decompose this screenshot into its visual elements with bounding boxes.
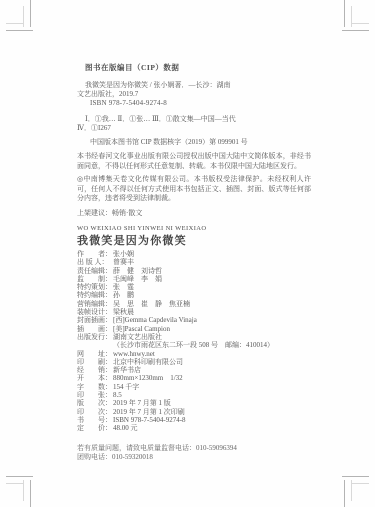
shelving-advice: 上架建议：畅销·散文 xyxy=(77,208,311,218)
colophon-row: 定 价：48.00 元 xyxy=(77,424,311,432)
colophon-value: [美]Pascal Campion xyxy=(113,325,170,333)
cip-entry-line1: 我微笑是因为你微笑 / 张小娴著．—长沙：湖南 xyxy=(77,81,311,90)
colophon-row: 封面插画：[西]Gemma Capdevila Vinaja xyxy=(77,316,311,324)
cip-record-number: 中国版本图书馆 CIP 数据核字（2019）第 099901 号 xyxy=(77,137,311,147)
colophon-row: 印 次：2019 年 7 月第 1 次印刷 xyxy=(77,408,311,416)
cip-isbn: ISBN 978-7-5404-9274-8 xyxy=(77,99,311,107)
cip-header: 图书在版编目（CIP）数据 xyxy=(77,62,311,73)
colophon-value: 2019 年 7 月第 1 版 xyxy=(113,399,171,407)
colophon-row: （长沙市雨花区东二环一段 508 号 邮编：410014） xyxy=(77,341,311,349)
colophon-label: 印 次： xyxy=(77,408,113,416)
colophon-value: （长沙市雨花区东二环一段 508 号 邮编：410014） xyxy=(113,341,274,349)
cip-classification: Ⅰ．①我… Ⅱ．①张… Ⅲ．①散文集—中国—当代 Ⅳ．①I267 xyxy=(77,115,311,133)
page-title: 我微笑是因为你微笑 xyxy=(77,232,311,248)
colophon-label: 书 号： xyxy=(77,416,113,424)
copyright-page: 图书在版编目（CIP）数据 我微笑是因为你微笑 / 张小娴著．—长沙：湖南 文艺… xyxy=(0,0,375,507)
colophon-label: 网 址： xyxy=(77,350,113,358)
colophon-value: 张小娴 xyxy=(113,250,134,258)
cip-entry-line2: 文艺出版社，2019.7 xyxy=(77,90,311,99)
colophon-label: 字 数： xyxy=(77,383,113,391)
colophon-value: 北京中科印刷有限公司 xyxy=(113,358,183,366)
colophon-label: 出版发行： xyxy=(77,333,113,341)
colophon-list: 作 者：张小娴 出 版 人：曾赛丰 责任编辑：薛 健 刘诗哲 监 制：毛闽峰 李… xyxy=(77,250,311,433)
colophon-row: 出 版 人：曾赛丰 xyxy=(77,258,311,266)
colophon-label: 版 次： xyxy=(77,399,113,407)
colophon-row: 特约编辑：孙 鹏 xyxy=(77,291,311,299)
colophon-row: 责任编辑：薛 健 刘诗哲 xyxy=(77,267,311,275)
colophon-row: 开 本：880mm×1230mm 1/32 xyxy=(77,374,311,382)
colophon-row: 印 刷：北京中科印刷有限公司 xyxy=(77,358,311,366)
colophon-label: 开 本： xyxy=(77,374,113,382)
colophon-value: 48.00 元 xyxy=(113,424,138,432)
colophon-value: 毛闽峰 李 娟 xyxy=(113,275,162,283)
colophon-label: 插 画： xyxy=(77,325,113,333)
colophon-value: 张 霆 xyxy=(113,283,134,291)
colophon-row: 插 画：[美]Pascal Campion xyxy=(77,325,311,333)
cip-classification-line2: Ⅳ．①I267 xyxy=(77,124,311,133)
colophon-value: 湖南文艺出版社 xyxy=(113,333,162,341)
colophon-value: www.hnwy.net xyxy=(113,350,155,358)
colophon-label: 印 刷： xyxy=(77,358,113,366)
colophon-label: 责任编辑： xyxy=(77,267,113,275)
colophon-value: 薛 健 刘诗哲 xyxy=(113,267,162,275)
colophon-row: 版 次：2019 年 7 月第 1 版 xyxy=(77,399,311,407)
colophon-row: 监 制：毛闽峰 李 娟 xyxy=(77,275,311,283)
colophon-value: [西]Gemma Capdevila Vinaja xyxy=(113,316,197,324)
colophon-row: 书 号：ISBN 978-7-5404-9274-8 xyxy=(77,416,311,424)
colophon-label: 封面插画： xyxy=(77,316,113,324)
colophon-value: 880mm×1230mm 1/32 xyxy=(113,374,183,382)
license-notice: 本书经春河文化事业出版有限公司授权出版中国大陆中文简体版本，非经书面同意，不得以… xyxy=(77,151,311,171)
colophon-value: 吴 思 崔 静 焦亚楠 xyxy=(113,300,190,308)
group-purchase-hotline: 团购电话：010-59320018 xyxy=(77,452,311,462)
colophon-row: 营销编辑：吴 思 崔 静 焦亚楠 xyxy=(77,300,311,308)
colophon-value: 2019 年 7 月第 1 次印刷 xyxy=(113,408,185,416)
colophon-label: 监 制： xyxy=(77,275,113,283)
cip-entry: 我微笑是因为你微笑 / 张小娴著．—长沙：湖南 文艺出版社，2019.7 xyxy=(77,81,311,99)
copyright-notice: ◎中南博集天卷文化传媒有限公司。本书版权受法律保护。未经权利人许可，任何人不得以… xyxy=(77,175,311,204)
colophon-row: 网 址：www.hnwy.net xyxy=(77,350,311,358)
colophon-value: 154 千字 xyxy=(113,383,139,391)
colophon-value: 新华书店 xyxy=(113,366,141,374)
colophon-label: 特约编辑： xyxy=(77,291,113,299)
colophon-label: 营销编辑： xyxy=(77,300,113,308)
colophon-label: 出 版 人： xyxy=(77,258,113,266)
book-title-pinyin: WO WEIXIAO SHI YINWEI NI WEIXIAO xyxy=(77,225,311,232)
colophon-row: 字 数：154 千字 xyxy=(77,383,311,391)
colophon-label: 定 价： xyxy=(77,424,113,432)
colophon-value: 曾赛丰 xyxy=(113,258,134,266)
colophon-value: 8.5 xyxy=(113,391,122,399)
colophon-value: ISBN 978-7-5404-9274-8 xyxy=(113,416,186,424)
cip-classification-line1: Ⅰ．①我… Ⅱ．①张… Ⅲ．①散文集—中国—当代 xyxy=(77,115,311,124)
colophon-value: 孙 鹏 xyxy=(113,291,134,299)
colophon-value: 梁秋晨 xyxy=(113,308,134,316)
